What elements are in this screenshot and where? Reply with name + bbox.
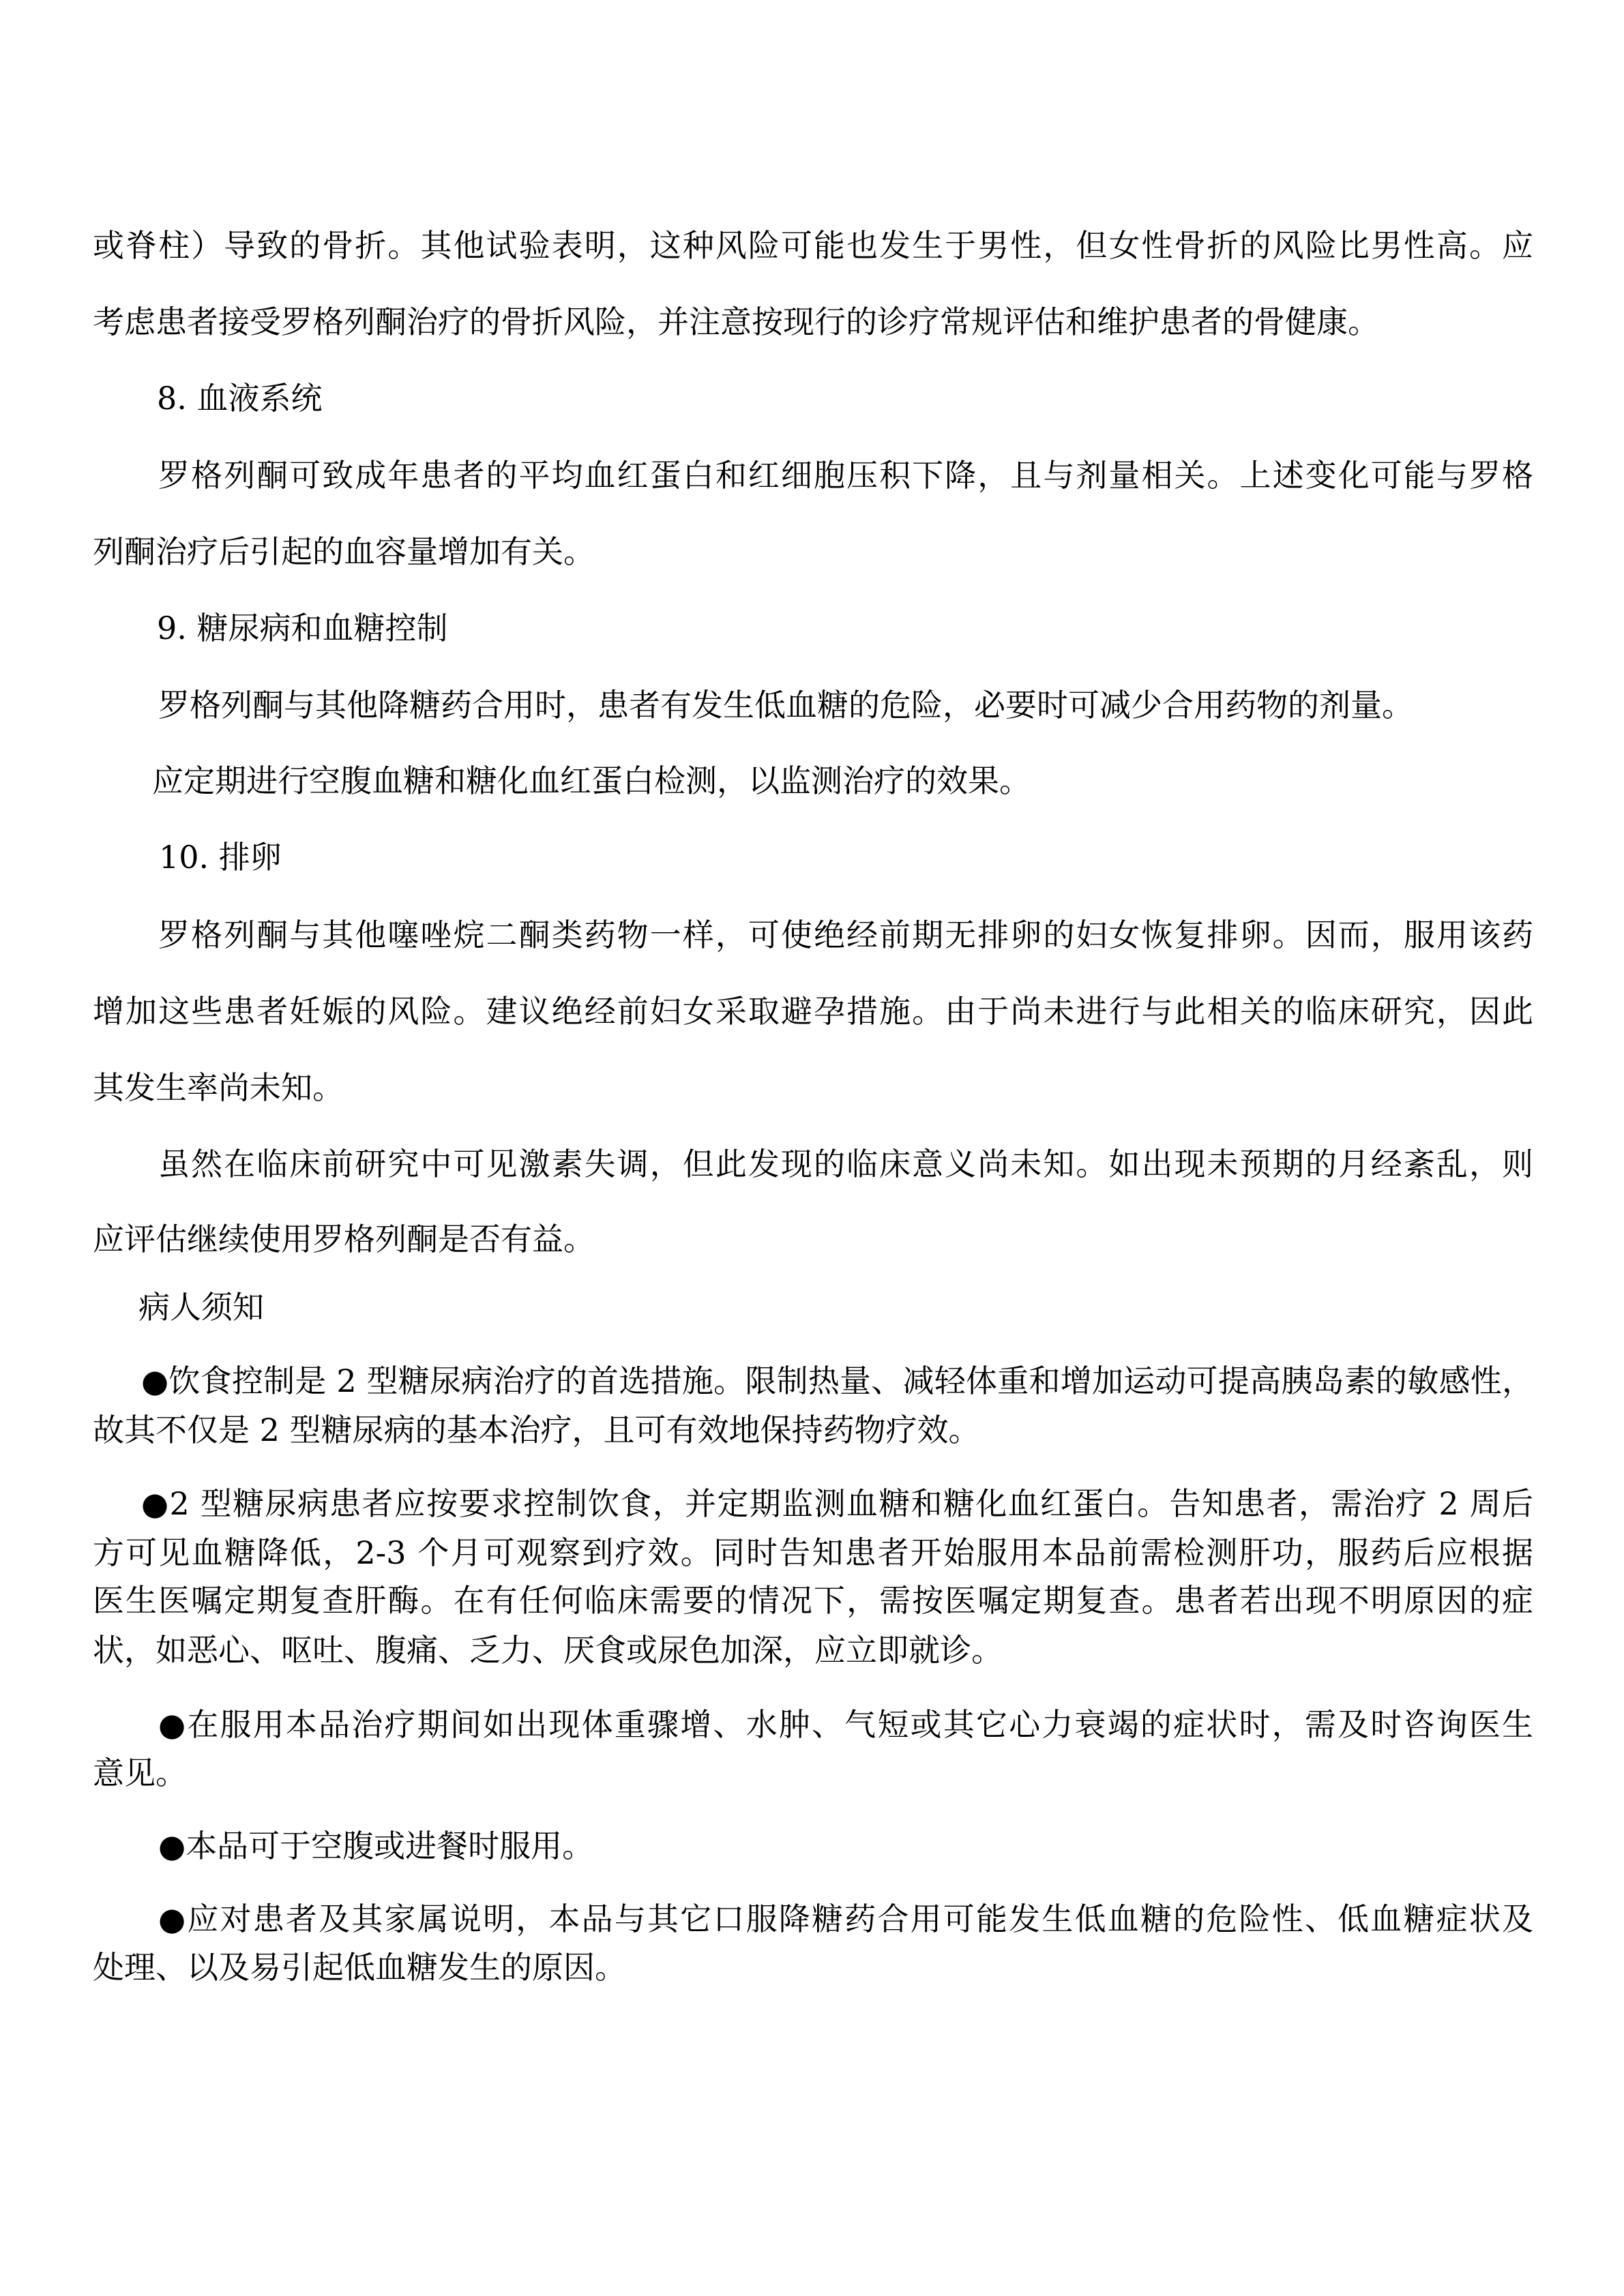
paragraph-line: 罗格列酮与其他降糖药合用时，患者有发生低血糖的危险，必要时可减少合用药物的剂量。 <box>158 687 1413 723</box>
paragraph-line: 虽然在临床前研究中可见激素失调，但此发现的临床意义尚未知。如出现未预期的月经紊乱… <box>158 1146 1533 1182</box>
bullet-item-line: 方可见血糖降低，2-3 个月可观察到疗效。同时告知患者开始服用本品前需检测肝功，… <box>93 1535 1533 1570</box>
bullet-icon: ● <box>158 1706 187 1743</box>
bullet-icon: ● <box>158 1900 187 1937</box>
bullet-text: 本品可于空腹或进餐时服用。 <box>186 1828 593 1864</box>
bullet-text: 在服用本品治疗期间如出现体重骤增、水肿、气短或其它心力衰竭的症状时，需及时咨询医… <box>187 1706 1533 1743</box>
bullet-text: 饮食控制是 2 型糖尿病治疗的首选措施。限制热量、减轻体重和增加运动可提高胰岛素… <box>168 1362 1533 1399</box>
bullet-item-line: 处理、以及易引起低血糖发生的原因。 <box>93 1950 1533 1985</box>
patient-notes-heading: 病人须知 <box>138 1289 264 1325</box>
paragraph-line: 增加这些患者妊娠的风险。建议绝经前妇女采取避孕措施。由于尚未进行与此相关的临床研… <box>93 994 1533 1029</box>
section-heading-10: 10. 排卵 <box>159 839 282 875</box>
bullet-item-line: ●本品可于空腹或进餐时服用。 <box>158 1828 593 1864</box>
bullet-item-line: ●应对患者及其家属说明，本品与其它口服降糖药合用可能发生低血糖的危险性、低血糖症… <box>158 1901 1533 1937</box>
bullet-icon: ● <box>141 1485 170 1522</box>
bullet-item-line: ●2 型糖尿病患者应按要求控制饮食，并定期监测血糖和糖化血红蛋白。告知患者，需治… <box>141 1486 1533 1521</box>
bullet-item-line: 状，如恶心、呕吐、腹痛、乏力、厌食或尿色加深，应立即就诊。 <box>93 1632 1533 1668</box>
bullet-icon: ● <box>158 1828 186 1864</box>
paragraph-line: 列酮治疗后引起的血容量增加有关。 <box>93 534 1533 569</box>
bullet-item-line: 故其不仅是 2 型糖尿病的基本治疗，且可有效地保持药物疗效。 <box>93 1412 1533 1448</box>
section-heading-9: 9. 糖尿病和血糖控制 <box>157 610 448 646</box>
section-heading-8: 8. 血液系统 <box>157 381 323 416</box>
bullet-text: 2 型糖尿病患者应按要求控制饮食，并定期监测血糖和糖化血红蛋白。告知患者，需治疗… <box>170 1485 1534 1522</box>
bullet-item-line: 意见。 <box>93 1755 1533 1791</box>
bullet-item-line: 医生医嘱定期复查肝酶。在有任何临床需要的情况下，需按医嘱定期复查。患者若出现不明… <box>93 1583 1533 1618</box>
paragraph-line: 考虑患者接受罗格列酮治疗的骨折风险，并注意按现行的诊疗常规评估和维护患者的骨健康… <box>93 304 1533 340</box>
bullet-item-line: ●饮食控制是 2 型糖尿病治疗的首选措施。限制热量、减轻体重和增加运动可提高胰岛… <box>141 1363 1533 1399</box>
paragraph-line: 罗格列酮与其他噻唑烷二酮类药物一样，可使绝经前期无排卵的妇女恢复排卵。因而，服用… <box>158 917 1533 953</box>
bullet-icon: ● <box>141 1362 168 1399</box>
paragraph-line: 其发生率尚未知。 <box>93 1070 1533 1105</box>
bullet-text: 应对患者及其家属说明，本品与其它口服降糖药合用可能发生低血糖的危险性、低血糖症状… <box>187 1900 1533 1937</box>
bullet-item-line: ●在服用本品治疗期间如出现体重骤增、水肿、气短或其它心力衰竭的症状时，需及时咨询… <box>158 1707 1533 1742</box>
paragraph-line: 应定期进行空腹血糖和糖化血红蛋白检测，以监测治疗的效果。 <box>152 763 1031 799</box>
paragraph-line: 或脊柱）导致的骨折。其他试验表明，这种风险可能也发生于男性，但女性骨折的风险比男… <box>93 228 1533 263</box>
paragraph-line: 罗格列酮可致成年患者的平均血红蛋白和红细胞压积下降，且与剂量相关。上述变化可能与… <box>158 458 1533 493</box>
paragraph-line: 应评估继续使用罗格列酮是否有益。 <box>93 1221 1533 1257</box>
document-page: 或脊柱）导致的骨折。其他试验表明，这种风险可能也发生于男性，但女性骨折的风险比男… <box>0 0 1624 2296</box>
